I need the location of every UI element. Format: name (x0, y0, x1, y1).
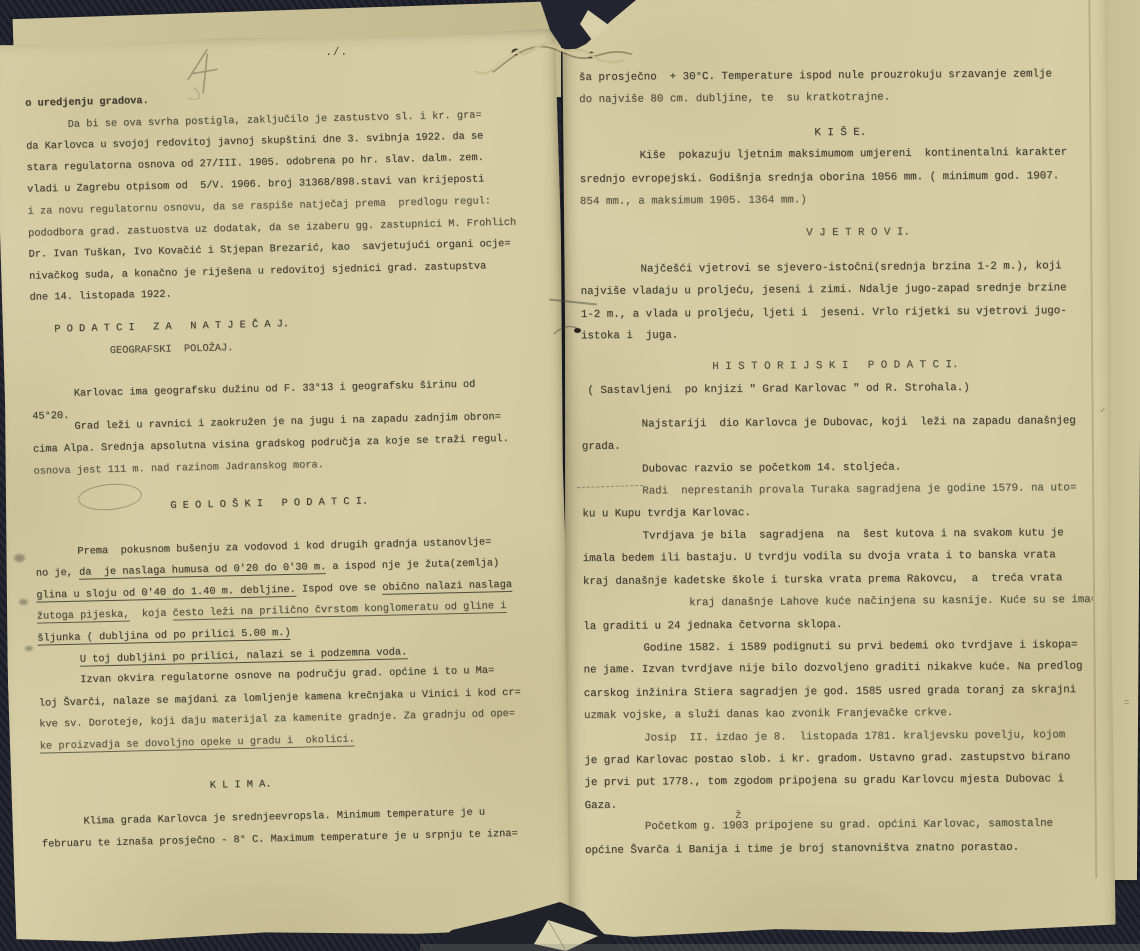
margin-tick-top-right: ✓ (1100, 406, 1105, 416)
pencil-scribble-note (173, 43, 246, 100)
text-segment: o uredjenju gradova. (25, 95, 149, 110)
text-segment: grada. (582, 441, 621, 453)
underlined-text: ke proizvadja se dovoljno opeke u gradu … (40, 734, 355, 754)
text-segment: najviše vladaju u proljeću, jeseni i zim… (581, 282, 1067, 298)
text-segment: Izvan okvira regulatorne osnove na podru… (80, 665, 494, 686)
section-heading: V J E T R O V I. (580, 220, 1090, 246)
text-line: do najviše 80 cm. dubljine, te su kratko… (579, 85, 1089, 111)
text-segment: K I Š E. (814, 127, 866, 139)
edge-smudge (19, 599, 28, 605)
text-segment: Početkom g. 1903 pripojene su grad. opći… (645, 818, 1053, 833)
text-line: općine Švarča i Banija i time je broj st… (585, 835, 1095, 861)
text-segment: do najviše 80 cm. dubljine, te su kratko… (579, 92, 890, 106)
underlined-text: glina u sloju od 0'40 do 1.40 m. debljin… (36, 584, 296, 603)
underlined-text: šljunka ( dubljina od po prilici 5.00 m.… (37, 627, 291, 646)
section-heading: K L I M A. (41, 768, 549, 801)
text-segment: Karlovac ima geografsku dužinu od F. 33°… (74, 379, 476, 400)
text-line: Kiše pokazuju ljetnim maksimumom umjeren… (579, 142, 1089, 168)
text-segment: a ispod nje je žuta(zemlja) (326, 557, 499, 573)
text-segment: istoka i juga. (581, 330, 678, 343)
stray-typed-character: ž (735, 810, 742, 822)
text-segment: kraj današnje Lahove kuće načinjena su k… (689, 594, 1096, 609)
text-segment: uzmak vojske, a služi danas kao zvonik F… (584, 707, 953, 722)
underlined-text: često leži na prilično čvrstom konglomer… (173, 600, 507, 621)
page-number-mark: ./. (325, 47, 348, 59)
text-segment: V J E T R O V I. (806, 227, 910, 240)
text-segment: 854 mm., a maksimum 1905. 1364 mm.) (580, 194, 807, 208)
right-page: ša prosječno + 30°C. Temperature ispod n… (560, 0, 1115, 942)
text-segment: je grad Karlovac postao slob. i kr. grad… (584, 751, 1070, 767)
underlined-text: žutoga pijeska, (37, 609, 130, 624)
left-page: ./. o uredjenju gradova.Da bi se ova svr… (0, 28, 575, 945)
text-segment: imala bedem ili bastaju. U tvrdju vodila… (583, 550, 1056, 566)
text-segment: Klima grada Karlovca je srednjeevropsla.… (83, 807, 485, 828)
binding-twine (462, 12, 662, 88)
text-segment: Najstariji dio Karlovca je Dubovac, koji… (642, 415, 1076, 430)
edge-smudge (25, 646, 33, 651)
text-segment: kraj današnje kadetske škole i turska vr… (583, 572, 1063, 588)
text-segment: Ispod ove se (296, 582, 383, 596)
text-segment: carskog inžinira Stiera sagradjen je god… (584, 684, 1077, 700)
text-segment: Gaza. (585, 799, 617, 811)
text-segment: H I S T O R I J S K I P O D A T C I. (712, 359, 958, 373)
text-segment: Radi neprestanih provala Turaka sagradje… (642, 482, 1076, 497)
text-segment: Tvrdjava je bila sagradjena na šest kuto… (643, 527, 1064, 542)
text-segment: G E O L O Š K I P O D A T C I. (170, 496, 368, 512)
text-line: ku u Kupu tvrdja Karlovac. (582, 499, 1092, 525)
text-segment: Najčešći vjetrovi se sjevero-istočni(sre… (640, 260, 1061, 275)
text-line: istoka i juga. (581, 321, 1091, 347)
text-segment: 1-2 m., a vlada u proljeću, ljeti i jese… (581, 305, 1067, 321)
page-text: o uredjenju gradova.Da bi se ova svrha p… (25, 82, 552, 939)
text-segment: ( Sastavljeni po knjizi " Grad Karlovac … (587, 382, 969, 397)
text-segment: Godine 1582. i 1589 podignuti su prvi be… (643, 639, 1077, 654)
page-text: ša prosječno + 30°C. Temperature ispod n… (579, 63, 1096, 936)
text-segment: općine Švarča i Banija i time je broj st… (585, 841, 1019, 856)
text-segment: K L I M A. (210, 778, 272, 791)
underlined-text: da je naslaga humusa od 0'20 do 0'30 m. (79, 561, 326, 580)
text-segment: dne 14. listopada 1922. (29, 289, 171, 304)
text-segment: Josip II. izdao je 8. listopada 1781. kr… (644, 729, 1065, 744)
archival-scan-background: { "colors":{"bg":"#20222b","paper":"#d5c… (0, 0, 1140, 951)
underlined-text: obično nalazi naslaga (382, 579, 512, 595)
edge-smudge (14, 554, 25, 562)
text-segment: ne jame. Izvan tvrdjave nije bilo dozvol… (584, 661, 1083, 677)
text-segment: Kiše pokazuju ljetnim maksimumom umjeren… (640, 147, 1068, 162)
table-edge-strip (420, 944, 1140, 951)
text-segment: GEOGRAFSKI POLOŽAJ. (110, 342, 234, 357)
margin-tick-right-edge: = (1124, 698, 1129, 708)
text-line: Početkom g. 1903 pripojene su grad. opći… (585, 813, 1095, 839)
bottom-seam-tear (420, 894, 630, 951)
text-segment: srednjo evropejski. Godišnja srednja obo… (580, 170, 1060, 186)
text-segment: osnova jest 111 m. nad razinom Jadransko… (33, 459, 324, 478)
text-segment: je prvi put 1778., tom zgodom pripojena … (584, 774, 1064, 790)
text-segment: koja (129, 608, 173, 621)
text-segment: P O D A T C I Z A N A T J E Č A J. (54, 318, 289, 335)
text-line: ( Sastavljeni po knjizi " Grad Karlovac … (581, 376, 1091, 402)
text-segment: la graditi u 24 jednaka četvorna sklopa. (583, 619, 842, 633)
text-line: 854 mm., a maksimum 1905. 1364 mm.) (580, 187, 1090, 213)
text-segment: Dubovac razvio se početkom 14. stoljeća. (642, 461, 901, 475)
text-segment: no je, (36, 567, 80, 580)
text-line: ne jame. Izvan tvrdjave nije bilo dozvol… (584, 656, 1094, 682)
text-segment: ku u Kupu tvrdja Karlovac. (582, 507, 751, 520)
pencil-swirl (552, 320, 582, 342)
